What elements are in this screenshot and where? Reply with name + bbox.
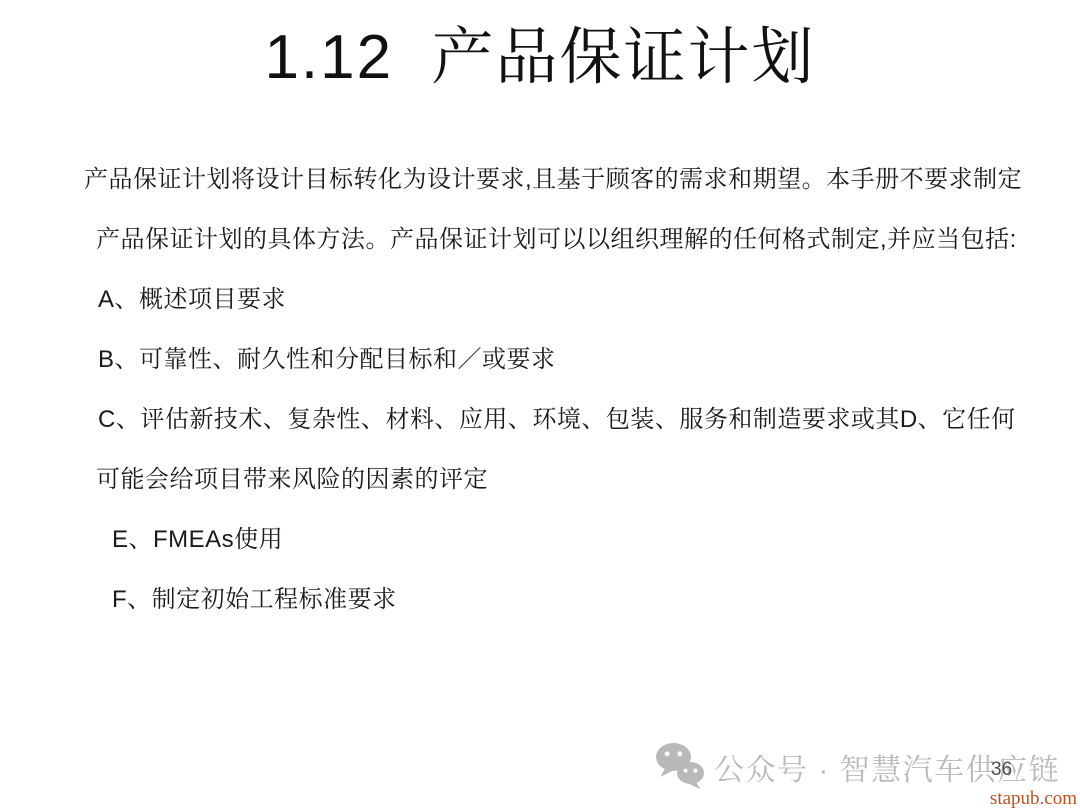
body-line: 产品保证计划将设计目标转化为设计要求,且基于顾客的需求和期望。本手册不要求制定: [84, 150, 1060, 210]
page-number: 36: [991, 759, 1012, 781]
body-line: F、制定初始工程标准要求: [84, 570, 1060, 630]
slide-page: 1.12 产品保证计划 产品保证计划将设计目标转化为设计要求,且基于顾客的需求和…: [0, 0, 1080, 810]
body-line: A、概述项目要求: [84, 270, 1060, 330]
page-title: 1.12 产品保证计划: [0, 16, 1080, 100]
watermark-link[interactable]: stapub.com: [990, 788, 1077, 810]
body-line: C、评估新技术、复杂性、材料、应用、环境、包装、服务和制造要求或其D、它任何: [84, 390, 1060, 450]
body-line: E、FMEAs使用: [84, 510, 1060, 570]
body-line: 可能会给项目带来风险的因素的评定: [84, 450, 1060, 510]
body-line: B、可靠性、耐久性和分配目标和／或要求: [84, 330, 1060, 390]
body-line: 产品保证计划的具体方法。产品保证计划可以以组织理解的任何格式制定,并应当包括:: [84, 210, 1060, 270]
body-text-block: 产品保证计划将设计目标转化为设计要求,且基于顾客的需求和期望。本手册不要求制定产…: [84, 150, 1060, 630]
wechat-icon: [654, 742, 706, 792]
